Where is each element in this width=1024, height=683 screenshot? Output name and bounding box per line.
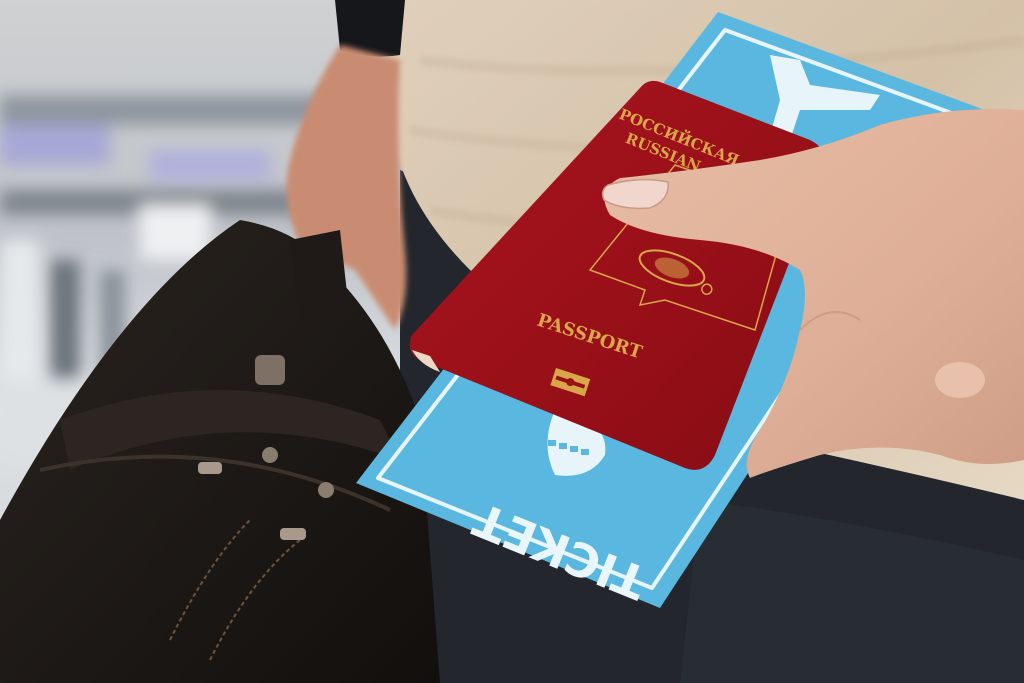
photo-scene: TICKET РОССИЙСКАЯ RUSSIAN PASSPORT: [0, 0, 1024, 683]
thumbnail: [603, 180, 669, 209]
photo: TICKET РОССИЙСКАЯ RUSSIAN PASSPORT: [0, 0, 1024, 683]
